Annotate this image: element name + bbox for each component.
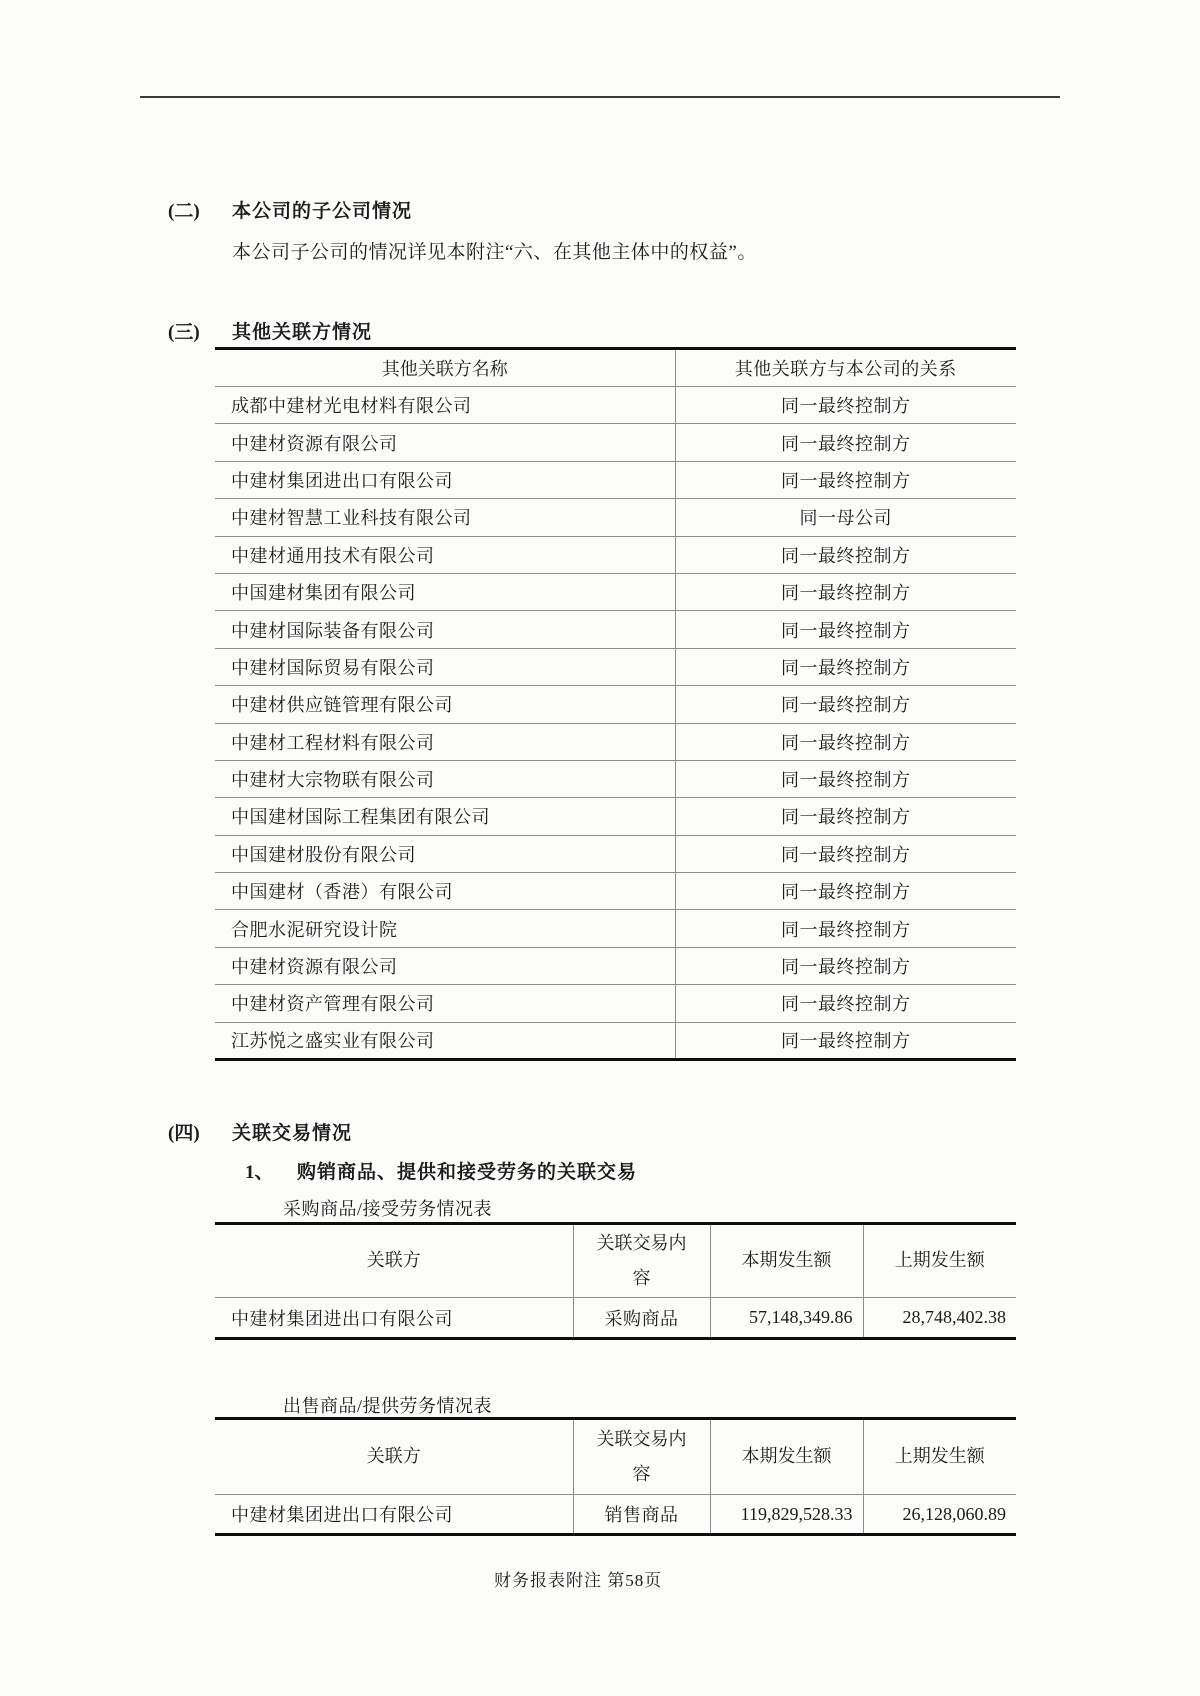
party-relation: 同一最终控制方 bbox=[675, 760, 1016, 797]
document-page: (二) 本公司的子公司情况 本公司子公司的情况详见本附注“六、在其他主体中的权益… bbox=[0, 0, 1200, 1696]
party-name: 中建材国际装备有限公司 bbox=[215, 611, 675, 648]
table-row: 中建材国际贸易有限公司同一最终控制方 bbox=[215, 648, 1016, 685]
column-header-prior-amount: 上期发生额 bbox=[863, 1419, 1016, 1495]
related-parties-header-row: 其他关联方名称 其他关联方与本公司的关系 bbox=[215, 349, 1016, 387]
column-header-related-party: 关联方 bbox=[215, 1419, 573, 1495]
party-relation: 同一最终控制方 bbox=[675, 1022, 1016, 1059]
sales-table-header-row: 关联方 关联交易内容 本期发生额 上期发生额 bbox=[215, 1419, 1016, 1495]
table-row: 中建材资源有限公司同一最终控制方 bbox=[215, 424, 1016, 461]
sales-table-caption: 出售商品/提供劳务情况表 bbox=[283, 1392, 492, 1418]
party-relation: 同一母公司 bbox=[675, 499, 1016, 536]
table-row: 中建材集团进出口有限公司 销售商品 119,829,528.33 26,128,… bbox=[215, 1495, 1016, 1535]
related-party-name: 中建材集团进出口有限公司 bbox=[215, 1495, 573, 1535]
party-name: 中建材资产管理有限公司 bbox=[215, 985, 675, 1022]
table-row: 中国建材国际工程集团有限公司同一最终控制方 bbox=[215, 798, 1016, 835]
party-relation: 同一最终控制方 bbox=[675, 573, 1016, 610]
purchase-table-header-row: 关联方 关联交易内容 本期发生额 上期发生额 bbox=[215, 1224, 1016, 1298]
table-row: 中建材国际装备有限公司同一最终控制方 bbox=[215, 611, 1016, 648]
sales-transactions-table: 关联方 关联交易内容 本期发生额 上期发生额 中建材集团进出口有限公司 销售商品… bbox=[215, 1417, 1016, 1536]
table-row: 中建材资源有限公司同一最终控制方 bbox=[215, 947, 1016, 984]
party-name: 中建材大宗物联有限公司 bbox=[215, 760, 675, 797]
table-row: 成都中建材光电材料有限公司同一最终控制方 bbox=[215, 387, 1016, 424]
section-2-title: 本公司的子公司情况 bbox=[232, 196, 412, 223]
transaction-content: 销售商品 bbox=[573, 1495, 710, 1535]
party-name: 中建材资源有限公司 bbox=[215, 947, 675, 984]
table-row: 中建材大宗物联有限公司同一最终控制方 bbox=[215, 760, 1016, 797]
table-row: 中建材工程材料有限公司同一最终控制方 bbox=[215, 723, 1016, 760]
party-name: 中建材资源有限公司 bbox=[215, 424, 675, 461]
party-relation: 同一最终控制方 bbox=[675, 798, 1016, 835]
party-relation: 同一最终控制方 bbox=[675, 835, 1016, 872]
page-footer: 财务报表附注 第58页 bbox=[494, 1566, 662, 1591]
section-3-title: 其他关联方情况 bbox=[232, 317, 372, 344]
party-relation: 同一最终控制方 bbox=[675, 947, 1016, 984]
transaction-content: 采购商品 bbox=[573, 1298, 710, 1339]
party-name: 中建材工程材料有限公司 bbox=[215, 723, 675, 760]
page-header-rule bbox=[140, 96, 1060, 98]
party-relation: 同一最终控制方 bbox=[675, 910, 1016, 947]
prior-period-amount: 28,748,402.38 bbox=[863, 1298, 1016, 1339]
party-name: 成都中建材光电材料有限公司 bbox=[215, 387, 675, 424]
party-relation: 同一最终控制方 bbox=[675, 873, 1016, 910]
party-relation: 同一最终控制方 bbox=[675, 648, 1016, 685]
party-relation: 同一最终控制方 bbox=[675, 686, 1016, 723]
party-name: 合肥水泥研究设计院 bbox=[215, 910, 675, 947]
column-header-party-name: 其他关联方名称 bbox=[215, 349, 675, 387]
table-row: 中国建材集团有限公司同一最终控制方 bbox=[215, 573, 1016, 610]
party-name: 中国建材（香港）有限公司 bbox=[215, 873, 675, 910]
current-period-amount: 57,148,349.86 bbox=[710, 1298, 863, 1339]
column-header-current-amount: 本期发生额 bbox=[710, 1419, 863, 1495]
table-row: 中国建材（香港）有限公司同一最终控制方 bbox=[215, 873, 1016, 910]
current-period-amount: 119,829,528.33 bbox=[710, 1495, 863, 1535]
party-relation: 同一最终控制方 bbox=[675, 536, 1016, 573]
table-row: 中建材供应链管理有限公司同一最终控制方 bbox=[215, 686, 1016, 723]
purchase-table-caption: 采购商品/接受劳务情况表 bbox=[283, 1195, 492, 1221]
section-3-number: (三) bbox=[168, 317, 200, 344]
party-relation: 同一最终控制方 bbox=[675, 723, 1016, 760]
party-name: 中国建材股份有限公司 bbox=[215, 835, 675, 872]
table-row: 合肥水泥研究设计院同一最终控制方 bbox=[215, 910, 1016, 947]
column-header-transaction-content: 关联交易内容 bbox=[573, 1224, 710, 1298]
party-name: 江苏悦之盛实业有限公司 bbox=[215, 1022, 675, 1059]
column-header-transaction-content: 关联交易内容 bbox=[573, 1419, 710, 1495]
party-relation: 同一最终控制方 bbox=[675, 424, 1016, 461]
prior-period-amount: 26,128,060.89 bbox=[863, 1495, 1016, 1535]
table-row: 中建材资产管理有限公司同一最终控制方 bbox=[215, 985, 1016, 1022]
column-header-related-party: 关联方 bbox=[215, 1224, 573, 1298]
section-2-number: (二) bbox=[168, 196, 200, 223]
party-name: 中建材国际贸易有限公司 bbox=[215, 648, 675, 685]
section-2-paragraph: 本公司子公司的情况详见本附注“六、在其他主体中的权益”。 bbox=[232, 237, 757, 264]
party-relation: 同一最终控制方 bbox=[675, 461, 1016, 498]
table-row: 中建材智慧工业科技有限公司同一母公司 bbox=[215, 499, 1016, 536]
party-name: 中国建材集团有限公司 bbox=[215, 573, 675, 610]
column-header-prior-amount: 上期发生额 bbox=[863, 1224, 1016, 1298]
section-4-number: (四) bbox=[168, 1118, 200, 1145]
table-row: 中建材集团进出口有限公司 采购商品 57,148,349.86 28,748,4… bbox=[215, 1298, 1016, 1339]
party-name: 中建材供应链管理有限公司 bbox=[215, 686, 675, 723]
party-relation: 同一最终控制方 bbox=[675, 387, 1016, 424]
party-name: 中建材通用技术有限公司 bbox=[215, 536, 675, 573]
column-header-relation: 其他关联方与本公司的关系 bbox=[675, 349, 1016, 387]
party-name: 中建材智慧工业科技有限公司 bbox=[215, 499, 675, 536]
purchase-transactions-table: 关联方 关联交易内容 本期发生额 上期发生额 中建材集团进出口有限公司 采购商品… bbox=[215, 1222, 1016, 1340]
table-row: 中建材通用技术有限公司同一最终控制方 bbox=[215, 536, 1016, 573]
party-name: 中建材集团进出口有限公司 bbox=[215, 461, 675, 498]
table-row: 江苏悦之盛实业有限公司同一最终控制方 bbox=[215, 1022, 1016, 1059]
table-row: 中建材集团进出口有限公司同一最终控制方 bbox=[215, 461, 1016, 498]
party-name: 中国建材国际工程集团有限公司 bbox=[215, 798, 675, 835]
table-row: 中国建材股份有限公司同一最终控制方 bbox=[215, 835, 1016, 872]
item-1-number: 1、 bbox=[245, 1157, 274, 1184]
section-4-title: 关联交易情况 bbox=[232, 1118, 352, 1145]
related-party-name: 中建材集团进出口有限公司 bbox=[215, 1298, 573, 1339]
column-header-current-amount: 本期发生额 bbox=[710, 1224, 863, 1298]
item-1-title: 购销商品、提供和接受劳务的关联交易 bbox=[297, 1157, 637, 1184]
related-parties-table: 其他关联方名称 其他关联方与本公司的关系 成都中建材光电材料有限公司同一最终控制… bbox=[215, 347, 1016, 1061]
party-relation: 同一最终控制方 bbox=[675, 611, 1016, 648]
party-relation: 同一最终控制方 bbox=[675, 985, 1016, 1022]
